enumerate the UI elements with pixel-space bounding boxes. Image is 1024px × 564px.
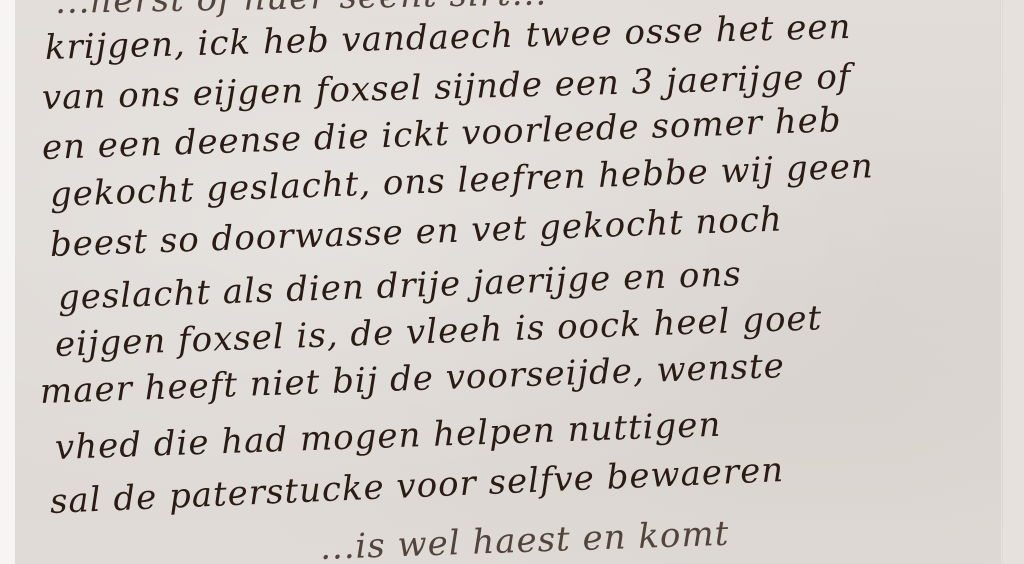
page-fold-margin xyxy=(1003,0,1024,564)
page-edge xyxy=(0,0,15,564)
